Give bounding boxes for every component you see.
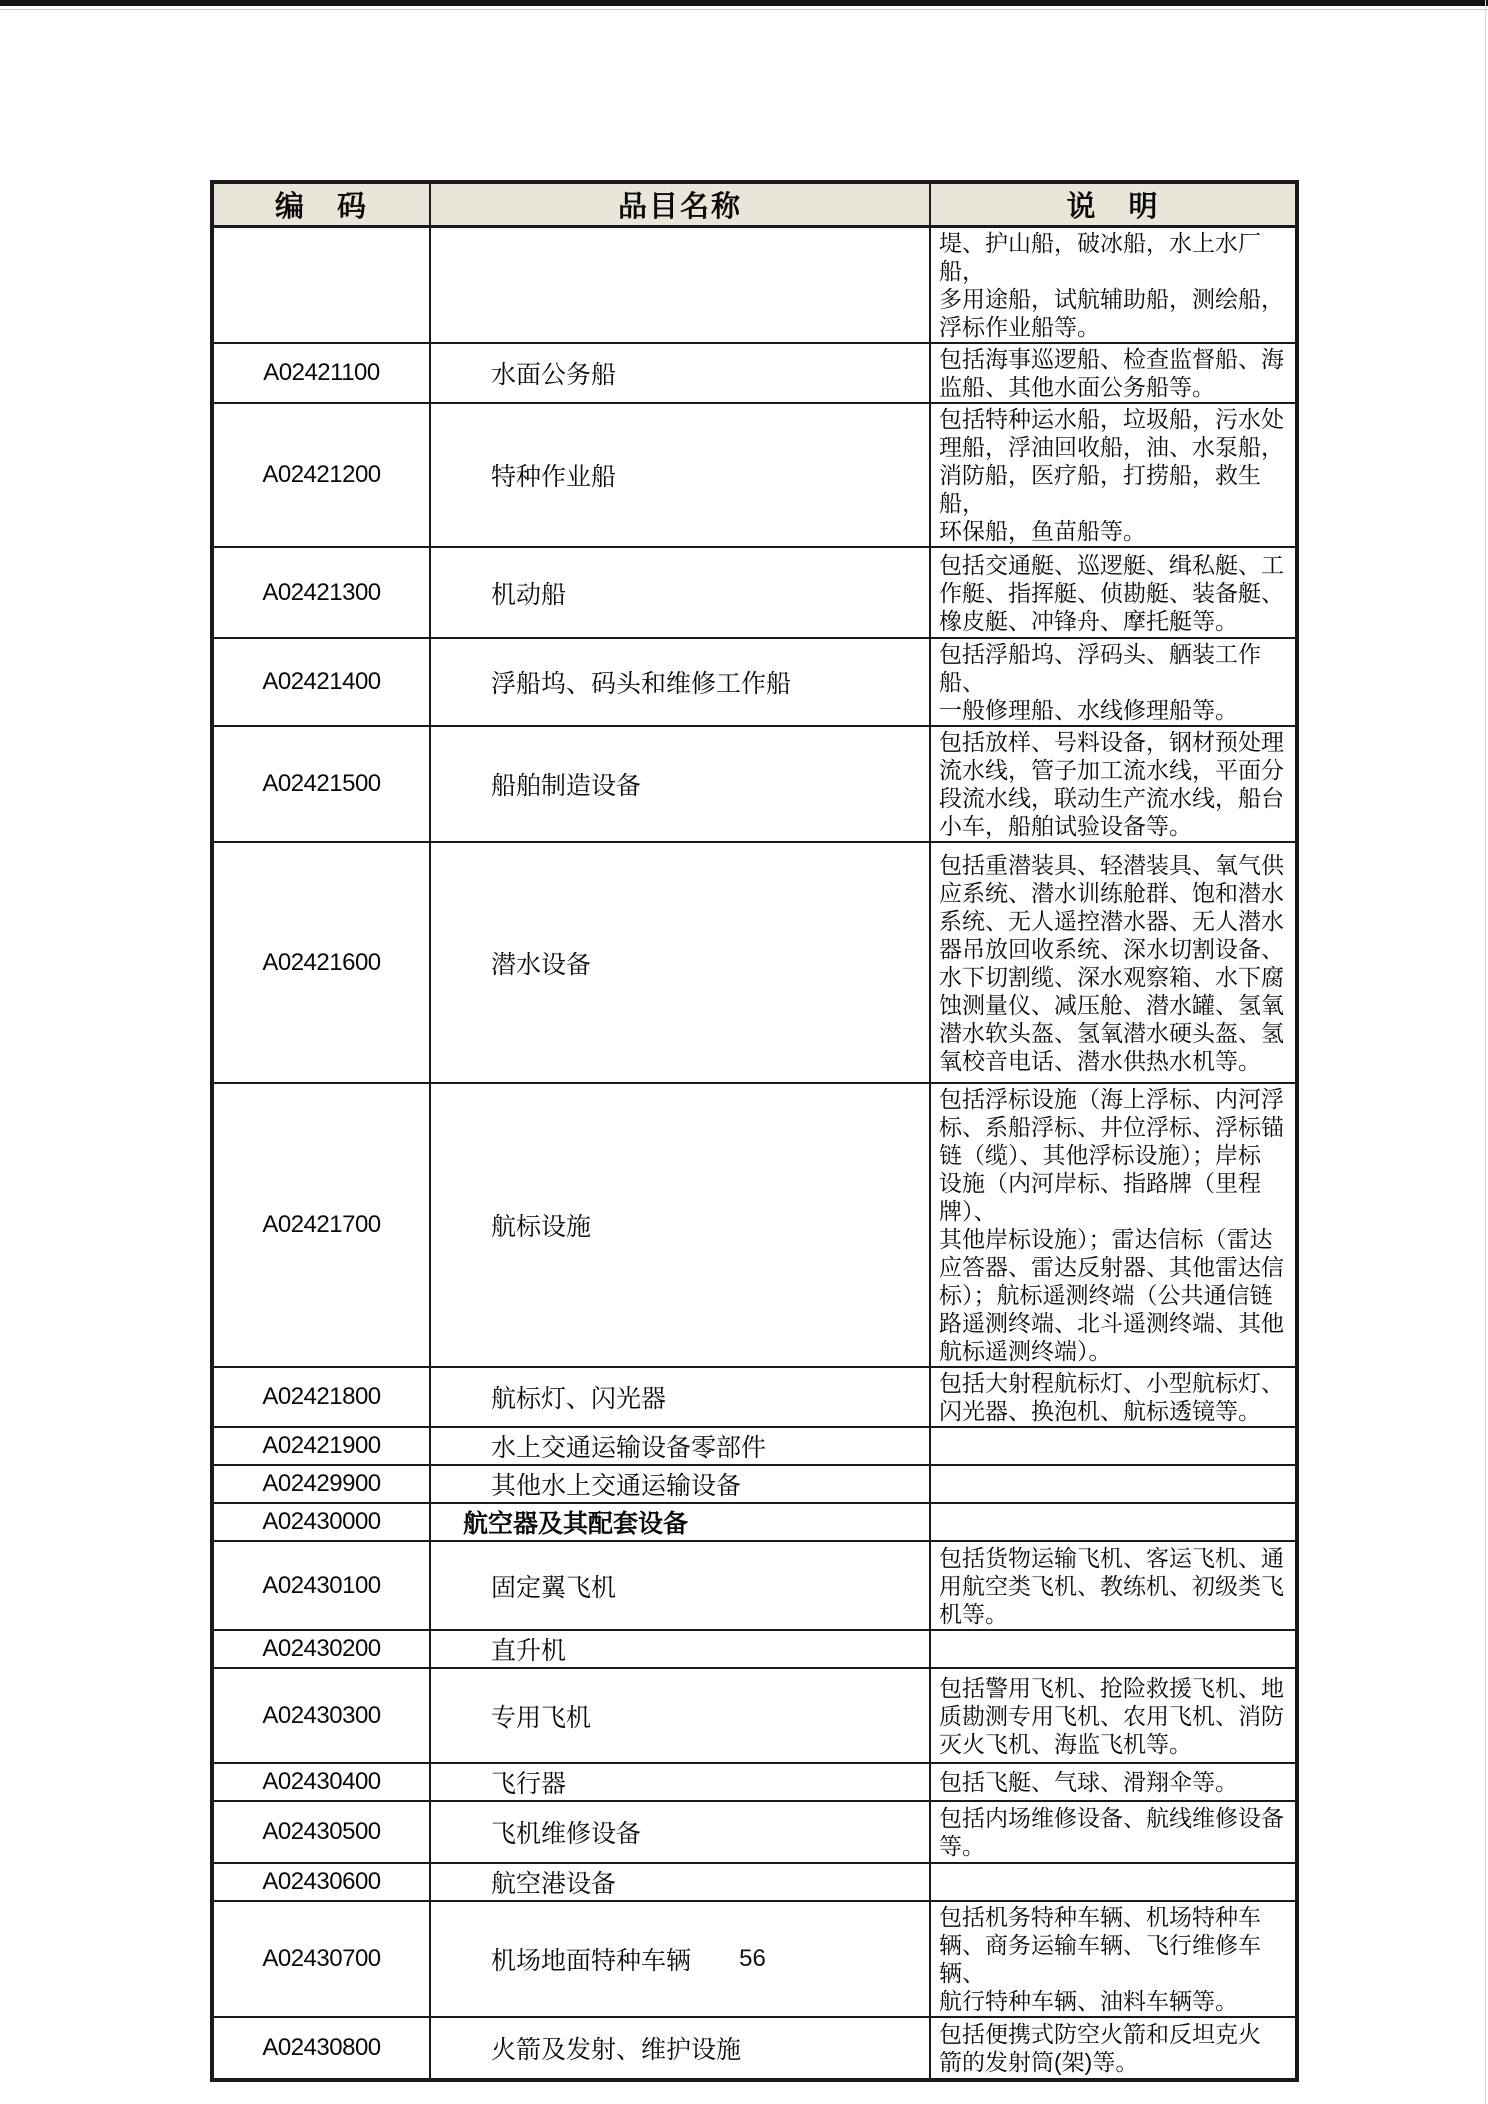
code-cell: A02429900 bbox=[212, 1465, 430, 1503]
table-row: A02430200 直升机 bbox=[212, 1630, 1297, 1668]
code-cell: A02430600 bbox=[212, 1863, 430, 1901]
name-cell: 航空港设备 bbox=[430, 1863, 930, 1901]
table-row: A02421700 航标设施 包括浮标设施（海上浮标、内河浮 标、系船浮标、井位… bbox=[212, 1083, 1297, 1367]
desc-cell: 包括浮船坞、浮码头、舾装工作船、 一般修理船、水线修理船等。 bbox=[930, 638, 1297, 726]
name-cell: 特种作业船 bbox=[430, 403, 930, 547]
name-cell: 水上交通运输设备零部件 bbox=[430, 1427, 930, 1465]
procurement-category-table: 编 码 品目名称 说 明 堤、护山船，破冰船，水上水厂船， 多用途船，试航辅助船… bbox=[210, 180, 1299, 2082]
code-cell: A02421500 bbox=[212, 726, 430, 842]
code-cell: A02430800 bbox=[212, 2017, 430, 2080]
code-cell: A02430200 bbox=[212, 1630, 430, 1668]
page-top-scan-bar bbox=[0, 0, 1488, 6]
desc-cell: 堤、护山船，破冰船，水上水厂船， 多用途船，试航辅助船，测绘船， 浮标作业船等。 bbox=[930, 227, 1297, 344]
name-cell: 航标设施 bbox=[430, 1083, 930, 1367]
name-cell: 直升机 bbox=[430, 1630, 930, 1668]
table-row: A02421800 航标灯、闪光器 包括大射程航标灯、小型航标灯、 闪光器、换泡… bbox=[212, 1367, 1297, 1427]
table-row: A02421600 潜水设备 包括重潜装具、轻潜装具、氧气供 应系统、潜水训练舱… bbox=[212, 842, 1297, 1083]
table-row: 堤、护山船，破冰船，水上水厂船， 多用途船，试航辅助船，测绘船， 浮标作业船等。 bbox=[212, 227, 1297, 344]
table-row: A02429900 其他水上交通运输设备 bbox=[212, 1465, 1297, 1503]
header-name: 品目名称 bbox=[430, 182, 930, 227]
name-cell: 浮船坞、码头和维修工作船 bbox=[430, 638, 930, 726]
code-cell: A02421900 bbox=[212, 1427, 430, 1465]
desc-cell: 包括便携式防空火箭和反坦克火 箭的发射筒(架)等。 bbox=[930, 2017, 1297, 2080]
desc-cell: 包括交通艇、巡逻艇、缉私艇、工 作艇、指挥艇、侦勘艇、装备艇、 橡皮艇、冲锋舟、… bbox=[930, 547, 1297, 638]
desc-cell: 包括警用飞机、抢险救援飞机、地 质勘测专用飞机、农用飞机、消防 灭火飞机、海监飞… bbox=[930, 1668, 1297, 1763]
desc-cell bbox=[930, 1863, 1297, 1901]
code-cell bbox=[212, 227, 430, 344]
name-cell: 飞机维修设备 bbox=[430, 1801, 930, 1863]
name-cell: 火箭及发射、维护设施 bbox=[430, 2017, 930, 2080]
code-cell: A02430500 bbox=[212, 1801, 430, 1863]
name-cell: 航标灯、闪光器 bbox=[430, 1367, 930, 1427]
code-cell: A02421200 bbox=[212, 403, 430, 547]
table-row: A02421400 浮船坞、码头和维修工作船 包括浮船坞、浮码头、舾装工作船、 … bbox=[212, 638, 1297, 726]
desc-cell: 包括大射程航标灯、小型航标灯、 闪光器、换泡机、航标透镜等。 bbox=[930, 1367, 1297, 1427]
table-row: A02430100 固定翼飞机 包括货物运输飞机、客运飞机、通 用航空类飞机、教… bbox=[212, 1541, 1297, 1630]
name-cell: 飞行器 bbox=[430, 1763, 930, 1801]
table-row: A02421200 特种作业船 包括特种运水船，垃圾船，污水处 理船，浮油回收船… bbox=[212, 403, 1297, 547]
code-cell: A02421600 bbox=[212, 842, 430, 1083]
code-cell: A02421700 bbox=[212, 1083, 430, 1367]
name-cell: 专用飞机 bbox=[430, 1668, 930, 1763]
table-row: A02430400 飞行器 包括飞艇、气球、滑翔伞等。 bbox=[212, 1763, 1297, 1801]
table-row: A02421500 船舶制造设备 包括放样、号料设备，钢材预处理 流水线，管子加… bbox=[212, 726, 1297, 842]
desc-cell bbox=[930, 1465, 1297, 1503]
code-cell: A02430400 bbox=[212, 1763, 430, 1801]
desc-cell: 包括货物运输飞机、客运飞机、通 用航空类飞机、教练机、初级类飞 机等。 bbox=[930, 1541, 1297, 1630]
code-cell: A02430300 bbox=[212, 1668, 430, 1763]
desc-cell: 包括放样、号料设备，钢材预处理 流水线，管子加工流水线，平面分 段流水线，联动生… bbox=[930, 726, 1297, 842]
name-cell: 航空器及其配套设备 bbox=[430, 1503, 930, 1541]
table-row: A02421300 机动船 包括交通艇、巡逻艇、缉私艇、工 作艇、指挥艇、侦勘艇… bbox=[212, 547, 1297, 638]
code-cell: A02421100 bbox=[212, 343, 430, 403]
name-cell: 其他水上交通运输设备 bbox=[430, 1465, 930, 1503]
name-cell: 机动船 bbox=[430, 547, 930, 638]
table-row: A02421100 水面公务船 包括海事巡逻船、检查监督船、海 监船、其他水面公… bbox=[212, 343, 1297, 403]
table-row: A02421900 水上交通运输设备零部件 bbox=[212, 1427, 1297, 1465]
name-cell: 船舶制造设备 bbox=[430, 726, 930, 842]
table-header-row: 编 码 品目名称 说 明 bbox=[212, 182, 1297, 227]
desc-cell: 包括重潜装具、轻潜装具、氧气供 应系统、潜水训练舱群、饱和潜水 系统、无人遥控潜… bbox=[930, 842, 1297, 1083]
table-row: A02430000 航空器及其配套设备 bbox=[212, 1503, 1297, 1541]
table-row: A02430800 火箭及发射、维护设施 包括便携式防空火箭和反坦克火 箭的发射… bbox=[212, 2017, 1297, 2080]
header-code: 编 码 bbox=[212, 182, 430, 227]
name-cell bbox=[430, 227, 930, 344]
header-description: 说 明 bbox=[930, 182, 1297, 227]
page-right-scan-edge bbox=[1485, 0, 1486, 2104]
page-number: 56 bbox=[210, 1945, 1295, 1973]
code-cell: A02430000 bbox=[212, 1503, 430, 1541]
name-cell: 固定翼飞机 bbox=[430, 1541, 930, 1630]
desc-cell: 包括浮标设施（海上浮标、内河浮 标、系船浮标、井位浮标、浮标锚 链（缆）、其他浮… bbox=[930, 1083, 1297, 1367]
code-cell: A02421800 bbox=[212, 1367, 430, 1427]
desc-cell: 包括特种运水船，垃圾船，污水处 理船，浮油回收船，油、水泵船， 消防船，医疗船，… bbox=[930, 403, 1297, 547]
table-row: A02430600 航空港设备 bbox=[212, 1863, 1297, 1901]
code-cell: A02421300 bbox=[212, 547, 430, 638]
name-cell: 潜水设备 bbox=[430, 842, 930, 1083]
table-row: A02430300 专用飞机 包括警用飞机、抢险救援飞机、地 质勘测专用飞机、农… bbox=[212, 1668, 1297, 1763]
code-cell: A02430100 bbox=[212, 1541, 430, 1630]
code-cell: A02421400 bbox=[212, 638, 430, 726]
desc-cell: 包括飞艇、气球、滑翔伞等。 bbox=[930, 1763, 1297, 1801]
desc-cell: 包括内场维修设备、航线维修设备 等。 bbox=[930, 1801, 1297, 1863]
name-cell: 水面公务船 bbox=[430, 343, 930, 403]
page-top-hairline bbox=[0, 9, 1488, 10]
desc-cell bbox=[930, 1503, 1297, 1541]
desc-cell: 包括海事巡逻船、检查监督船、海 监船、其他水面公务船等。 bbox=[930, 343, 1297, 403]
desc-cell bbox=[930, 1427, 1297, 1465]
table-row: A02430500 飞机维修设备 包括内场维修设备、航线维修设备 等。 bbox=[212, 1801, 1297, 1863]
desc-cell bbox=[930, 1630, 1297, 1668]
